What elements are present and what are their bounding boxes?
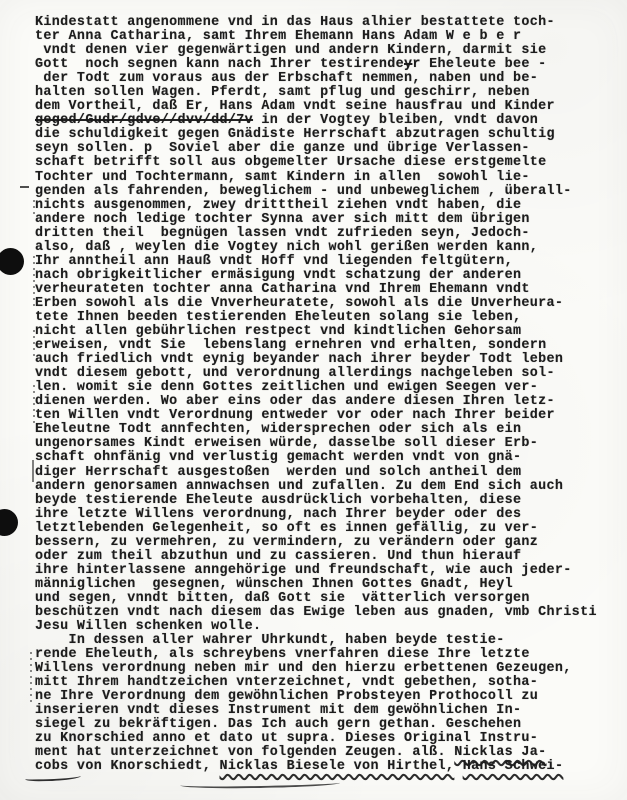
text-segment: der Todt zum voraus aus der Erbschaft ne… (35, 71, 538, 86)
text-line: oder zum theil abzuthun und zu cassieren… (35, 550, 597, 564)
text-line: beyde testierende Eheleute ausdrücklich … (35, 494, 597, 508)
text-segment: beschützen vndt nach diesem das Ewige le… (35, 605, 597, 620)
text-segment: diger Herrschaft ausgestoßen werden und … (35, 465, 521, 480)
hole-punch-mark-top (0, 248, 24, 275)
text-line: nicht allen gebührlichen restpect vnd ki… (35, 325, 597, 339)
text-line: männiglichen gesegnen, wünschen Ihnen Go… (35, 578, 597, 592)
text-line: schaft ohnfänig vnd verlustig gemacht we… (35, 451, 597, 465)
text-segment: oder zum theil abzuthun und zu cassieren… (35, 549, 521, 564)
text-line: andere noch ledige tochter Synna aver si… (35, 213, 597, 227)
marked-text-segment: Nicklas Biesele von Hirthel, (220, 759, 455, 774)
text-segment: len. womit sie denn Gottes zeitlichen un… (35, 380, 538, 395)
text-line: und segen, vnndt bitten, daß Gott sie vä… (35, 592, 597, 606)
text-segment: nach obrigkeitlicher ermäsigung vndt sch… (35, 268, 521, 283)
text-line: andern genorsamen annwachsen und zufalle… (35, 480, 597, 494)
text-line: tete Ihnen beeden testierenden Eheleuten… (35, 311, 597, 325)
text-segment: Tochter und Tochtermann, samt Kindern in… (35, 170, 530, 185)
pencil-margin-marks (32, 460, 34, 482)
text-segment: ihre hinterlassene anngehörige und freun… (35, 563, 572, 578)
text-segment: rende Eheleuth, als schreybens vnerfahre… (35, 647, 530, 662)
text-line: Erben sowohl als die Vnverheuratete, sow… (35, 297, 597, 311)
text-segment: halten sollen Wagen. Pferdt, samt pflug … (35, 85, 530, 100)
text-segment: schaft betrifft soll aus obgemelter Ursa… (35, 155, 547, 170)
text-segment: nicht allen gebührlichen restpect vnd ki… (35, 324, 521, 339)
text-segment: Erben sowohl als die Vnverheuratete, sow… (35, 296, 563, 311)
text-line: letztlebenden Gelegenheit, so oft es inn… (35, 522, 597, 536)
text-line: genden als fahrenden, beweglichem - und … (35, 185, 597, 199)
text-segment: beyde testierende Eheleute ausdrücklich … (35, 493, 521, 508)
text-segment: Jesu Willen schenken wolle. (35, 619, 261, 634)
text-line: nach obrigkeitlicher ermäsigung vndt sch… (35, 269, 597, 283)
text-segment: r Eheleute bee - (412, 57, 546, 72)
document-text: Kindestatt angenommene vnd in das Haus a… (35, 16, 597, 775)
text-line: beschützen vndt nach diesem das Ewige le… (35, 606, 597, 620)
text-segment: ihre letzte Willens verordnung, nach Ihr… (35, 507, 521, 522)
text-line: Jesu Willen schenken wolle. (35, 620, 597, 634)
pencil-margin-marks (30, 652, 32, 704)
text-segment: nichts ausgenommen, zwey dritttheil zieh… (35, 198, 521, 213)
text-segment: Ihr anntheil ann Hauß vndt Hoff vnd lieg… (35, 254, 513, 269)
text-segment: In dessen aller wahrer Uhrkundt, haben b… (35, 633, 505, 648)
text-line: ter Anna Catharina, samt Ihrem Ehemann H… (35, 30, 597, 44)
text-line: Tochter und Tochtermann, samt Kindern in… (35, 171, 597, 185)
text-line: cobs von Knorschiedt, Nicklas Biesele vo… (35, 760, 597, 774)
text-line: Kindestatt angenommene vnd in das Haus a… (35, 16, 597, 30)
text-line: In dessen aller wahrer Uhrkundt, haben b… (35, 634, 597, 648)
text-segment: bessern, zu vermehren, zu vermindern, zu… (35, 535, 538, 550)
text-segment: Kindestatt angenommene vnd in das Haus a… (35, 15, 555, 30)
text-segment: also, daß , weylen die Vogtey nich wohl … (35, 240, 538, 255)
text-segment: cobs von Knorschiedt, (35, 759, 220, 774)
text-segment: ter Anna Catharina, samt Ihrem Ehemann H… (35, 29, 521, 44)
text-segment: schaft ohnfänig vnd verlustig gemacht we… (35, 450, 521, 465)
text-segment: männiglichen gesegnen, wünschen Ihnen Go… (35, 577, 513, 592)
text-line: ihre letzte Willens verordnung, nach Ihr… (35, 508, 597, 522)
text-segment: dritten theil begnügen lassen vndt zufri… (35, 226, 530, 241)
text-segment: tete Ihnen beeden testierenden Eheleuten… (35, 310, 521, 325)
hole-punch-mark-bottom (0, 509, 18, 536)
text-segment: verheurateten tochter anna Catharina vnd… (35, 282, 530, 297)
text-segment: vndt diesem gebott, und verordnung aller… (35, 366, 555, 381)
text-segment: Gott noch segnen kann nach Ihrer testire… (35, 57, 404, 72)
scanned-document-page: Kindestatt angenommene vnd in das Haus a… (0, 0, 627, 800)
text-segment: genden als fahrenden, beweglichem - und … (35, 184, 572, 199)
pen-underline-stroke-left (25, 773, 81, 782)
marked-text-segment: Hans Schwei- (463, 759, 564, 774)
text-line: schaft betrifft soll aus obgemelter Ursa… (35, 156, 597, 170)
text-segment: andern genorsamen annwachsen und zufalle… (35, 479, 563, 494)
text-line: diger Herrschaft ausgestoßen werden und … (35, 466, 597, 480)
text-line: also, daß , weylen die Vogtey nich wohl … (35, 241, 597, 255)
text-segment: und segen, vnndt bitten, daß Gott sie vä… (35, 591, 530, 606)
text-segment: andere noch ledige tochter Synna aver si… (35, 212, 530, 227)
text-segment: auch friedlich vndt eynig beyander nach … (35, 352, 563, 367)
text-segment: mitt Ihrem handtzeichen vnterzeichnet, v… (35, 675, 538, 690)
text-segment: ne Ihre Verordnung dem gewöhnlichen Prob… (35, 689, 538, 704)
text-line: dritten theil begnügen lassen vndt zufri… (35, 227, 597, 241)
text-segment: erweisen, vndt Sie lebenslang ernehren v… (35, 338, 547, 353)
text-segment (454, 759, 462, 774)
text-line: ihre hinterlassene anngehörige und freun… (35, 564, 597, 578)
text-line: bessern, zu vermehren, zu vermindern, zu… (35, 536, 597, 550)
pen-underline-stroke-center (180, 778, 340, 789)
text-line: Ihr anntheil ann Hauß vndt Hoff vnd lieg… (35, 255, 597, 269)
margin-tick (20, 186, 29, 188)
text-line: verheurateten tochter anna Catharina vnd… (35, 283, 597, 297)
text-segment: vndt denen vier gegenwärtigen und andern… (35, 43, 547, 58)
text-segment: letztlebenden Gelegenheit, so oft es inn… (35, 521, 538, 536)
text-segment: Willens verordnung neben mir und den hie… (35, 661, 572, 676)
text-line: nichts ausgenommen, zwey dritttheil zieh… (35, 199, 597, 213)
